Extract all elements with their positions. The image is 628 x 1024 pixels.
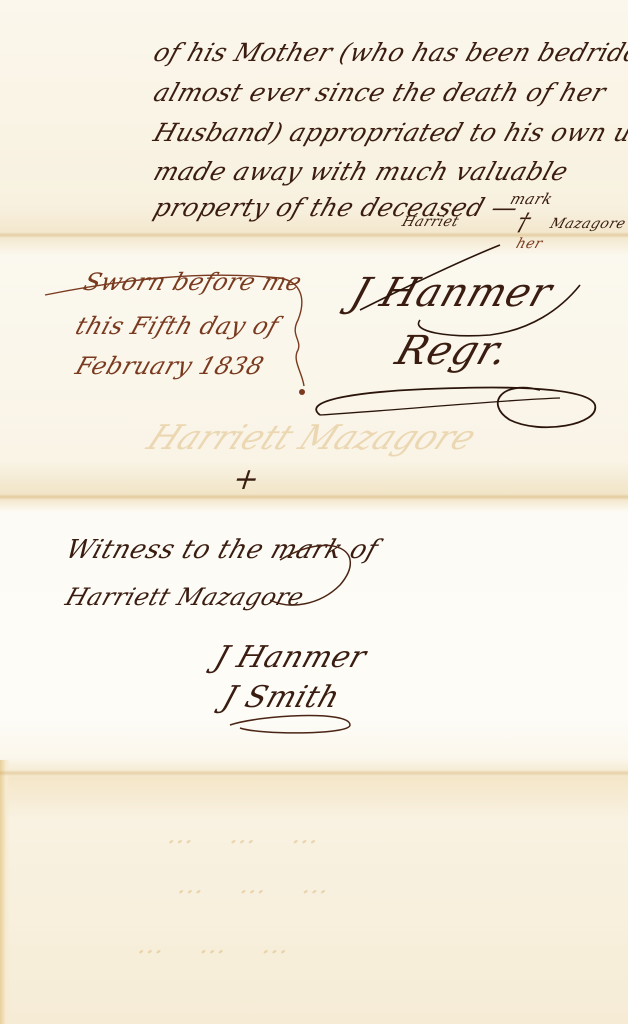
body-line: almost ever since the death of her bbox=[150, 78, 610, 107]
body-line: made away with much valuable bbox=[150, 157, 572, 186]
body-line: Husband) appropriated to his own use or bbox=[150, 118, 628, 147]
fold-line-3 bbox=[0, 770, 628, 776]
bleed-through-line: … … … bbox=[133, 930, 312, 960]
bleed-through-line: … … … bbox=[173, 870, 352, 900]
body-line: of his Mother (who has been bedridden bbox=[150, 38, 628, 67]
mark-surname: Mazagore bbox=[548, 216, 628, 232]
mark-word: mark bbox=[508, 190, 555, 208]
jurat-flourish bbox=[40, 260, 320, 400]
body-line: property of the deceased — bbox=[150, 193, 523, 222]
fold-line-2 bbox=[0, 494, 628, 500]
paper-edge bbox=[0, 760, 10, 1024]
bleed-through-line: … … … bbox=[163, 820, 342, 850]
witness-flourish bbox=[200, 530, 380, 740]
mark-first-name: Harriet bbox=[400, 214, 461, 230]
signature-flourish bbox=[300, 240, 628, 440]
